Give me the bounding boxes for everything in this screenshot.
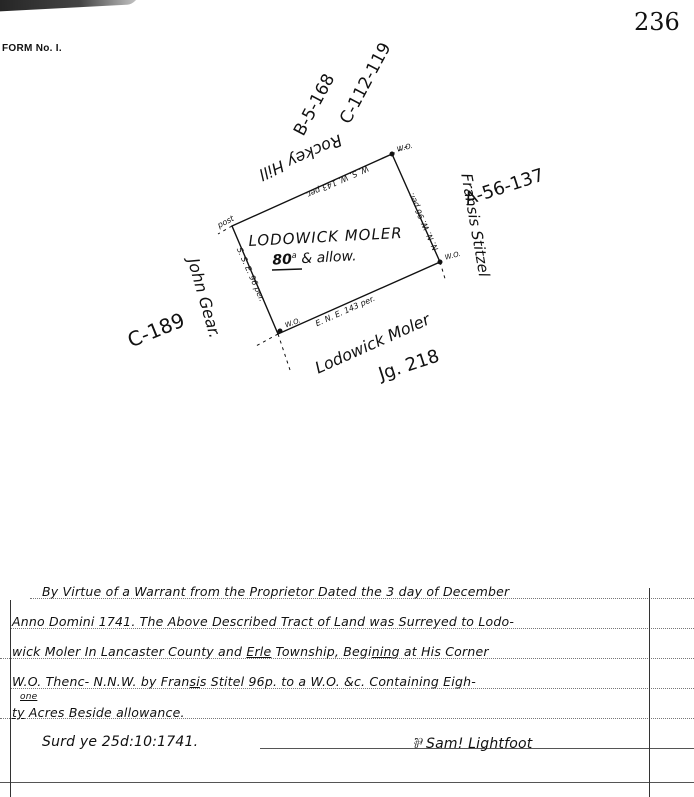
acreage-value: 80 [272, 252, 292, 269]
description-line-3: wick Moler In Lancaster County and Erle … [12, 644, 489, 659]
corner-marker-sw [278, 329, 283, 334]
corner-marker-se [438, 260, 443, 265]
description-line-5: ty Acres Beside allowance. [12, 705, 185, 720]
survey-description: By Virtue of a Warrant from the Propriet… [0, 570, 694, 797]
description-line-4: W.O. Thenc- N.N.W. by Fransis Stitel 96p… [12, 674, 476, 689]
survey-date: Surd ye 25d:10:1741. [42, 734, 198, 750]
description-line-1: By Virtue of a Warrant from the Propriet… [42, 584, 509, 599]
corner-marker-ne [390, 152, 395, 157]
description-line-2: Anno Domini 1741. The Above Described Tr… [12, 614, 514, 629]
description-insertion: one [20, 692, 37, 702]
right-margin-line [649, 588, 650, 797]
acreage-unit: a [291, 251, 296, 260]
surveyor-signature: ⅌ Sam! Lightfoot [412, 734, 532, 753]
acreage-allowance: & allow. [301, 248, 357, 267]
survey-plat-drawing [0, 0, 694, 570]
left-margin-line [10, 600, 11, 797]
